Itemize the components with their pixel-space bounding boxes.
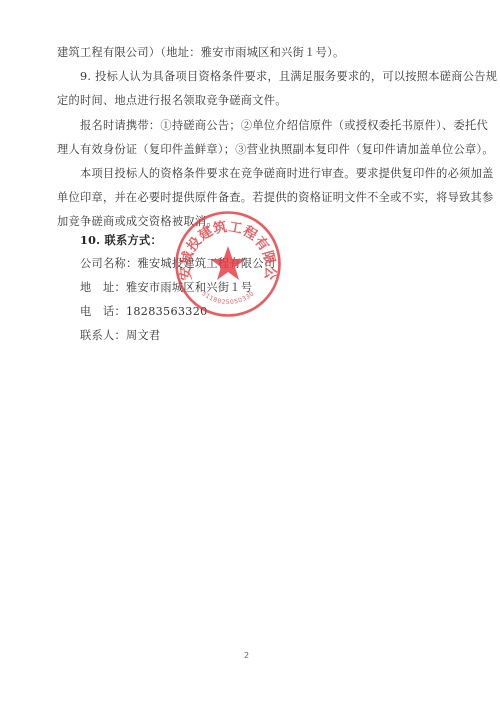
body-line-7: 单位印章，并在必要时提供原件备查。若提供的资格证明文件不全或不实，将导致其参 <box>57 191 494 205</box>
body-line-6: 本项目投标人的资格条件要求在竞争磋商时进行审查。要求提供复印件的必须加盖 <box>80 167 494 181</box>
contact-phone: 电 话：18283563320 <box>80 305 208 319</box>
contact-company: 公司名称：雅安城投建筑工程有限公司 <box>80 257 275 271</box>
body-line-5: 理人有效身份证（复印件盖鲜章）；③营业执照副本复印件（复印件请加盖单位公章）。 <box>57 143 494 157</box>
person-label: 联系人： <box>80 329 126 342</box>
company-value: 雅安城投建筑工程有限公司 <box>137 257 275 270</box>
phone-value: 18283563320 <box>126 305 208 318</box>
contact-person: 联系人：周文君 <box>80 329 160 343</box>
company-label: 公司名称： <box>80 257 137 270</box>
address-value: 雅安市雨城区和兴街１号 <box>126 281 252 294</box>
body-line-2: 9. 投标人认为具备项目资格条件要求，且满足服务要求的，可以按照本磋商公告规 <box>80 70 497 84</box>
phone-label: 电 话： <box>80 305 126 318</box>
body-line-4: 报名时请携带：①持磋商公告；②单位介绍信原件（或授权委托书原件）、委托代 <box>80 119 488 133</box>
page-number: 2 <box>244 651 249 660</box>
person-value: 周文君 <box>126 329 160 342</box>
body-line-8: 加竞争磋商或成交资格被取消。 <box>57 215 218 229</box>
address-label: 地 址： <box>80 281 126 294</box>
body-line-1: 建筑工程有限公司）（地址：雅安市雨城区和兴街１号）。 <box>57 46 344 60</box>
body-line-3: 定的时间、地点进行报名领取竞争磋商文件。 <box>57 94 287 108</box>
contact-heading: 10. 联系方式： <box>80 233 162 247</box>
contact-address: 地 址：雅安市雨城区和兴街１号 <box>80 281 252 295</box>
